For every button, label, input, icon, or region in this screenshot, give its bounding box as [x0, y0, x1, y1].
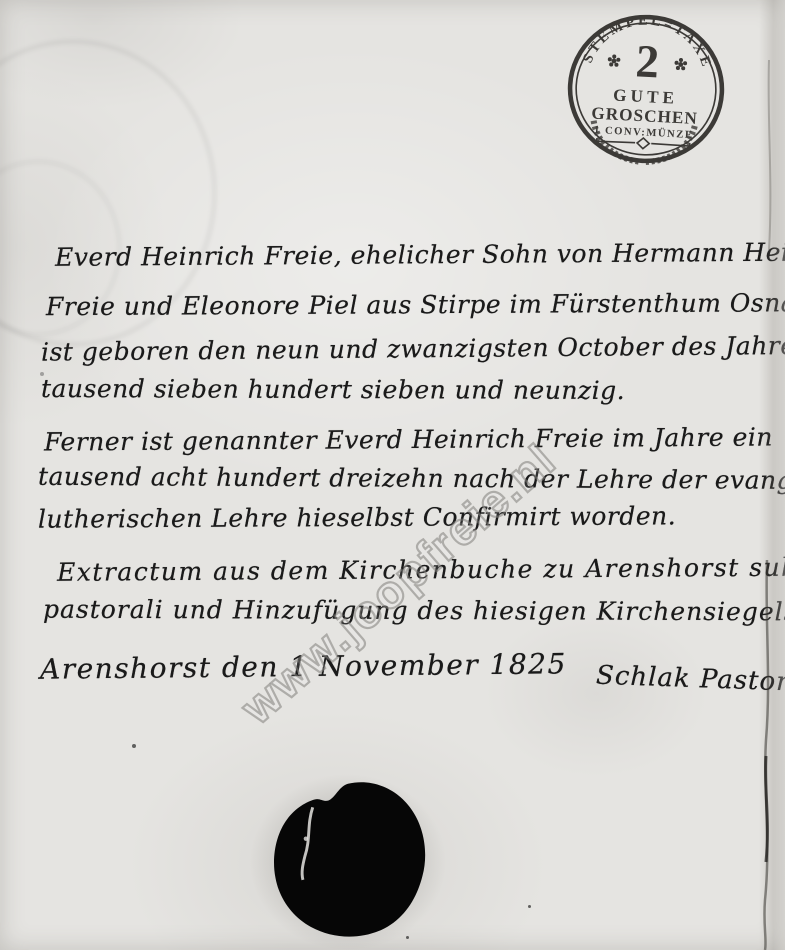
stamp-graphic: STEMPEL=TAXE 2 GUTE GROSCHEN 1 CONV:MÜNZ…	[561, 8, 731, 170]
scanned-document-page: STEMPEL=TAXE 2 GUTE GROSCHEN 1 CONV:MÜNZ…	[0, 0, 785, 950]
paper-crease-line	[755, 0, 785, 950]
handwritten-line: pastorali und Hinzufügung des hiesigen K…	[43, 595, 785, 627]
stamp-value: 2	[634, 36, 660, 88]
ink-speck	[406, 936, 409, 939]
revenue-stamp-seal: STEMPEL=TAXE 2 GUTE GROSCHEN 1 CONV:MÜNZ…	[561, 8, 731, 170]
handwritten-line: Ferner ist genannter Everd Heinrich Frei…	[44, 422, 773, 456]
handwritten-line: ist geboren den neun und zwanzigsten Oct…	[41, 330, 785, 366]
ink-speck	[40, 372, 44, 376]
black-wax-seal	[250, 774, 446, 946]
handwritten-line: Everd Heinrich Freie, ehelicher Sohn von…	[55, 237, 785, 272]
handwritten-dateline: Arenshorst den 1 November 1825	[40, 647, 567, 686]
rosette-icon	[674, 58, 687, 71]
handwritten-line: Freie und Eleonore Piel aus Stirpe im Fü…	[46, 288, 785, 321]
handwritten-line: lutherischen Lehre hieselbst Confirmirt …	[38, 501, 676, 533]
handwritten-line: tausend sieben hundert sieben und neunzi…	[41, 374, 625, 405]
handwritten-line: tausend acht hundert dreizehn nach der L…	[38, 462, 785, 495]
ink-speck	[132, 744, 136, 748]
stamp-line-groschen: GROSCHEN	[591, 104, 698, 129]
rosette-icon	[607, 54, 620, 67]
ink-speck	[528, 905, 531, 908]
wax-seal-blob	[250, 774, 446, 950]
handwritten-line: Extractum aus dem Kirchenbuche zu Arensh…	[57, 552, 785, 587]
